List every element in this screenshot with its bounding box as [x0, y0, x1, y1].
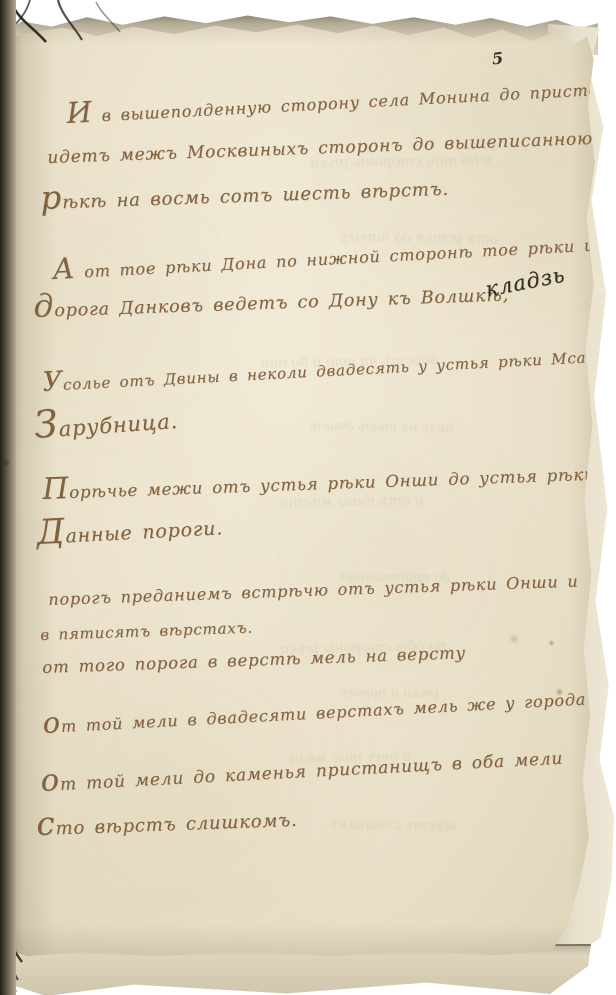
manuscript-line: И в вышеполденную сторону села Монина до… — [66, 73, 616, 127]
manuscript-line: сто вѣрстъ слишкомъ. — [36, 803, 298, 840]
manuscript-line: от той мели в двадесяти верстахъ мель же… — [42, 684, 587, 737]
manuscript-line: Усолье отъ Двины в неколи двадесять у ус… — [42, 344, 587, 395]
manuscript-line: рѣкѣ на восмь сотъ шесть вѣрстъ. — [40, 172, 449, 214]
manuscript-line: от той мели до каменья пристанищъ в оба … — [40, 743, 564, 796]
manuscript-line: дорога Данковъ ведетъ со Дону къ Волшкѣ, — [33, 278, 509, 322]
manuscript-line: от того порога в верстѣ мель на версту — [42, 643, 466, 677]
book-spine — [0, 0, 16, 995]
manuscript-line: Зарубница. — [33, 400, 179, 443]
manuscript-photo: 5 и по тои сторонѣ рѣкиотъ устья до поро… — [0, 0, 616, 995]
manuscript-page: 5 и по тои сторонѣ рѣкиотъ устья до поро… — [10, 22, 596, 958]
manuscript-line: порогъ преданиемъ встрѣчю отъ устья рѣки… — [48, 571, 579, 608]
manuscript-line: Порѣчье межи отъ устья рѣки Онши до усть… — [42, 459, 596, 503]
manuscript-line: Данные пороги. — [36, 510, 224, 549]
manuscript-line: идетъ межъ Москвиныхъ сторонъ до вышепис… — [47, 129, 593, 168]
manuscript-line: в пятисятъ вѣрстахъ. — [40, 619, 253, 644]
handwriting-layer: И в вышеполденную сторону села Монина до… — [10, 22, 596, 958]
